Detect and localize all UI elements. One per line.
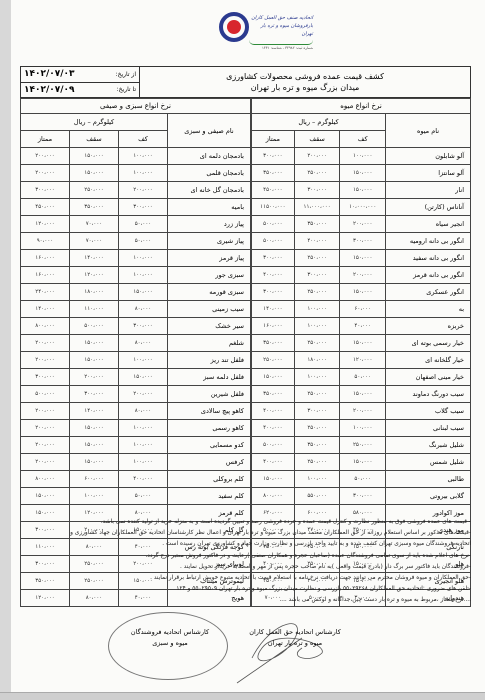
price-max: ۱۰۰،۰۰۰ (294, 301, 340, 318)
price-premium: ۵۰۰،۰۰۰ (252, 233, 295, 250)
price-max: ۱۵۰،۰۰۰ (70, 335, 119, 352)
price-premium: ۱۴۰،۰۰۰ (252, 301, 295, 318)
price-max: ۲۵۰،۰۰۰ (294, 335, 340, 352)
price-min: ۱۰،۰۰۰،۰۰۰ (340, 199, 386, 216)
price-max: ۱۰۰،۰۰۰ (294, 471, 340, 488)
col-premium-header: ممتاز (252, 131, 295, 148)
item-name: انجیر سیاه (386, 216, 471, 233)
item-name: به (386, 301, 471, 318)
price-max: ۷۰،۰۰۰ (70, 216, 119, 233)
price-max: ۲۵۰،۰۰۰ (294, 454, 340, 471)
item-name: کلم بروکلی (168, 471, 251, 488)
table-row: پیاز قرمز۱۰۰،۰۰۰۱۴۰،۰۰۰۱۶۰،۰۰۰ (21, 250, 251, 267)
table-row: سبزی قورمه۱۵۰،۰۰۰۱۸۰،۰۰۰۲۴۰،۰۰۰ (21, 284, 251, 301)
item-name: سیب زمینی (168, 301, 251, 318)
price-premium: ۳۵۰،۰۰۰ (252, 335, 295, 352)
item-name: کلم سفید (168, 488, 251, 505)
table-row: خیار رسمی بوته ای۱۵۰،۰۰۰۲۵۰،۰۰۰۳۵۰،۰۰۰ (252, 335, 471, 352)
from-date-label: از تاریخ: (116, 71, 136, 78)
title-line-1: کشف قیمت عمده فروشی محصولات کشاورزی (226, 71, 384, 82)
to-date-label: تا تاریخ: (117, 86, 136, 93)
item-name: کرفس (168, 454, 251, 471)
item-name: پیاز قرمز (168, 250, 251, 267)
price-max: ۳۰۰،۰۰۰ (294, 182, 340, 199)
price-max: ۱۸۰،۰۰۰ (294, 352, 340, 369)
table-row: انگور عسکری۱۵۰،۰۰۰۲۵۰،۰۰۰۳۰۰،۰۰۰ (252, 284, 471, 301)
veg-section-title: نرخ انواع سبزی و صیفی (21, 99, 251, 114)
price-min: ۸۰،۰۰۰ (119, 403, 168, 420)
price-premium: ۳۰۰،۰۰۰ (21, 369, 70, 386)
price-premium: ۴۰۰،۰۰۰ (252, 267, 295, 284)
item-name: سبزی قورمه (168, 284, 251, 301)
apple-icon (227, 20, 241, 34)
price-min: ۱۰۰،۰۰۰ (119, 267, 168, 284)
table-row: خیار مینی اصفهان۵۰،۰۰۰۱۰۰،۰۰۰۱۵۰،۰۰۰ (252, 369, 471, 386)
price-max: ۱۰۰،۰۰۰ (294, 318, 340, 335)
note-line: -قیمت های مذکور بر اساس استعلام روزانه ا… (28, 528, 471, 539)
price-max: ۲۵۰،۰۰۰ (294, 284, 340, 301)
price-premium: ۱۶۰،۰۰۰ (21, 267, 70, 284)
table-row: کلم بروکلی۴۰۰،۰۰۰۶۰۰،۰۰۰۸۰۰،۰۰۰ (21, 471, 251, 488)
document-title: کشف قیمت عمده فروشی محصولات کشاورزی میدا… (140, 67, 470, 97)
table-row: گلابی بیروتی۳۰۰،۰۰۰۵۵۰،۰۰۰۸۰۰،۰۰۰ (252, 488, 471, 505)
price-min: ۳۰۰،۰۰۰ (119, 199, 168, 216)
item-name: فلفل تند ریز (168, 352, 251, 369)
table-row: فلفل دلمه سبز۱۵۰،۰۰۰۲۰۰،۰۰۰۳۰۰،۰۰۰ (21, 369, 251, 386)
price-premium: ۳۵۰،۰۰۰ (252, 165, 295, 182)
table-row: فلفل تند ریز۱۰۰،۰۰۰۱۵۰،۰۰۰۲۰۰،۰۰۰ (21, 352, 251, 369)
veg-name-header: نام صیفی و سبزی (168, 114, 251, 148)
table-row: کاهو رسمی۱۰۰،۰۰۰۱۵۰،۰۰۰۲۰۰،۰۰۰ (21, 420, 251, 437)
price-min: ۱۵۰،۰۰۰ (340, 335, 386, 352)
price-max: ۱۵۰،۰۰۰ (70, 148, 119, 165)
col-min-header: کف (119, 131, 168, 148)
price-min: ۶۰،۰۰۰ (340, 301, 386, 318)
date-range: ۱۴۰۲/۰۷/۰۳ از تاریخ: ۱۴۰۲/۰۷/۰۹ تا تاریخ… (21, 67, 140, 97)
item-name: شلیل شمس (386, 454, 471, 471)
price-min: ۱۵۰،۰۰۰ (340, 182, 386, 199)
table-row: خیار گلخانه ای۱۲۰،۰۰۰۱۸۰،۰۰۰۲۵۰،۰۰۰ (252, 352, 471, 369)
from-date-row: ۱۴۰۲/۰۷/۰۳ از تاریخ: (21, 67, 139, 82)
item-name: خیار گلخانه ای (386, 352, 471, 369)
price-max: ۳۰۰،۰۰۰ (294, 403, 340, 420)
table-row: شلغم۸۰،۰۰۰۱۵۰،۰۰۰۲۰۰،۰۰۰ (21, 335, 251, 352)
item-name: خیار مینی اصفهان (386, 369, 471, 386)
price-max: ۱۱،۰۰۰،۰۰۰ (294, 199, 340, 216)
item-name: طالبی (386, 471, 471, 488)
price-max: ۱۲۰،۰۰۰ (70, 267, 119, 284)
table-row: آناناس (کارتن)۱۰،۰۰۰،۰۰۰۱۱،۰۰۰،۰۰۰۱۱۵۰۰،… (252, 199, 471, 216)
item-name: آناناس (کارتن) (386, 199, 471, 216)
note-line: -حق العملکاران و میوه فروشان محترم می تو… (28, 573, 471, 584)
price-premium: ۲۰۰،۰۰۰ (21, 148, 70, 165)
document-header: ۱۴۰۲/۰۷/۰۳ از تاریخ: ۱۴۰۲/۰۷/۰۹ تا تاریخ… (20, 66, 471, 98)
price-premium: ۲۴۰،۰۰۰ (21, 284, 70, 301)
table-row: سیب زمینی۸۰،۰۰۰۱۱۰،۰۰۰۱۴۰،۰۰۰ (21, 301, 251, 318)
price-min: ۸۰،۰۰۰ (119, 301, 168, 318)
item-name: کاهو پیچ سالادی (168, 403, 251, 420)
table-row: سیب دورنگ دماوند۱۵۰،۰۰۰۲۵۰،۰۰۰۳۵۰،۰۰۰ (252, 386, 471, 403)
item-name: بادمجان دلمه ای (168, 148, 251, 165)
item-name: سیب گلاب (386, 403, 471, 420)
price-premium: ۱۶۰،۰۰۰ (21, 250, 70, 267)
price-max: ۱۵۰،۰۰۰ (70, 165, 119, 182)
price-premium: ۴۰۰،۰۰۰ (252, 403, 295, 420)
table-row: به۶۰،۰۰۰۱۰۰،۰۰۰۱۴۰،۰۰۰ (252, 301, 471, 318)
item-name: کاهو رسمی (168, 420, 251, 437)
price-premium: ۲۰۰،۰۰۰ (21, 420, 70, 437)
price-max: ۲۵۰،۰۰۰ (70, 182, 119, 199)
table-row: انگور بی دانه سفید۱۵۰،۰۰۰۲۵۰،۰۰۰۳۰۰،۰۰۰ (252, 250, 471, 267)
price-min: ۲۵۰،۰۰۰ (340, 437, 386, 454)
price-min: ۵۰،۰۰۰ (340, 471, 386, 488)
table-row: پیاز شیری۵۰،۰۰۰۷۰،۰۰۰۹۰،۰۰۰ (21, 233, 251, 250)
table-row: فلفل شیرین۲۰۰،۰۰۰۳۰۰،۰۰۰۵۰۰،۰۰۰ (21, 386, 251, 403)
price-min: ۳۰۰،۰۰۰ (119, 318, 168, 335)
price-max: ۱۱۰،۰۰۰ (70, 301, 119, 318)
price-min: ۱۰۰،۰۰۰ (119, 454, 168, 471)
price-premium: ۴۵۰،۰۰۰ (252, 182, 295, 199)
table-row: خربزه۴۰،۰۰۰۱۰۰،۰۰۰۱۶۰،۰۰۰ (252, 318, 471, 335)
price-min: ۴۰۰،۰۰۰ (119, 471, 168, 488)
price-max: ۳۰۰،۰۰۰ (294, 267, 340, 284)
price-premium: ۱۴۰،۰۰۰ (21, 301, 70, 318)
note-line: -نرخ های اعلام شده باید از سوی تمامی فرو… (28, 551, 471, 562)
col-premium-header: ممتاز (21, 131, 70, 148)
table-row: پیاز زرد۵۰،۰۰۰۷۰،۰۰۰۱۲۰،۰۰۰ (21, 216, 251, 233)
price-min: ۵۰،۰۰۰ (119, 216, 168, 233)
bottom-edge (0, 692, 485, 700)
price-max: ۲۰۰،۰۰۰ (70, 369, 119, 386)
price-premium: ۵۰۰،۰۰۰ (252, 216, 295, 233)
table-row: انجیر سیاه۲۰۰،۰۰۰۳۵۰،۰۰۰۵۰۰،۰۰۰ (252, 216, 471, 233)
item-name: فلفل دلمه سبز (168, 369, 251, 386)
price-max: ۳۵۰،۰۰۰ (70, 199, 119, 216)
fruit-unit-header: کیلوگرم – ریال (252, 114, 386, 131)
price-min: ۲۰۰،۰۰۰ (340, 216, 386, 233)
price-min: ۱۰۰،۰۰۰ (340, 420, 386, 437)
price-premium: ۱۵۰،۰۰۰ (21, 488, 70, 505)
price-max: ۳۵۰،۰۰۰ (294, 437, 340, 454)
union-expert-signature: کارشناس اتحادیه حق العمل کاران میوه و تر… (240, 627, 350, 649)
item-name: سیر خشک (168, 318, 251, 335)
table-row: سیر خشک۳۰۰،۰۰۰۵۰۰،۰۰۰۸۰۰،۰۰۰ (21, 318, 251, 335)
note-line: ....نرخ ممتاز ،مربوط به میوه و تره بار د… (28, 595, 471, 606)
price-max: ۱۵۰،۰۰۰ (70, 454, 119, 471)
price-max: ۳۰۰،۰۰۰ (70, 386, 119, 403)
price-max: ۲۵۰،۰۰۰ (294, 250, 340, 267)
table-row: بادمجان دلمه ای۱۰۰،۰۰۰۱۵۰،۰۰۰۲۰۰،۰۰۰ (21, 148, 251, 165)
price-premium: ۳۰۰،۰۰۰ (252, 148, 295, 165)
table-row: شلیل شبرنگ۲۵۰،۰۰۰۳۵۰،۰۰۰۵۰۰،۰۰۰ (252, 437, 471, 454)
price-min: ۸۰،۰۰۰ (119, 335, 168, 352)
item-name: انگور بی دانه قرمز (386, 267, 471, 284)
price-min: ۱۰۰،۰۰۰ (119, 148, 168, 165)
table-row: کلم سفید۵۰،۰۰۰۱۰۰،۰۰۰۱۵۰،۰۰۰ (21, 488, 251, 505)
notes-section: - قیمت های عمده فروشی فوق به منظور نظارت… (28, 517, 471, 607)
table-row: کرفس۱۰۰،۰۰۰۱۵۰،۰۰۰۲۰۰،۰۰۰ (21, 454, 251, 471)
table-row: سبزی جور۱۰۰،۰۰۰۱۲۰،۰۰۰۱۶۰،۰۰۰ (21, 267, 251, 284)
price-min: ۱۰۰،۰۰۰ (119, 420, 168, 437)
price-premium: ۲۰۰،۰۰۰ (21, 403, 70, 420)
price-min: ۱۵۰،۰۰۰ (340, 386, 386, 403)
item-name: خیار رسمی بوته ای (386, 335, 471, 352)
table-row: شلیل شمس۱۵۰،۰۰۰۲۵۰،۰۰۰۴۰۰،۰۰۰ (252, 454, 471, 471)
item-name: سیب دورنگ دماوند (386, 386, 471, 403)
price-premium: ۳۰۰،۰۰۰ (252, 284, 295, 301)
price-premium: ۱۵۰،۰۰۰ (252, 369, 295, 386)
price-max: ۱۵۰،۰۰۰ (70, 352, 119, 369)
col-max-header: سقف (294, 131, 340, 148)
price-max: ۳۵۰،۰۰۰ (294, 216, 340, 233)
price-premium: ۱۱۵۰۰،۰۰۰ (252, 199, 295, 216)
price-max: ۲۵۰،۰۰۰ (294, 420, 340, 437)
item-name: بادمجان قلمی (168, 165, 251, 182)
price-premium: ۲۰۰،۰۰۰ (21, 335, 70, 352)
price-premium: ۹۰،۰۰۰ (21, 233, 70, 250)
price-min: ۱۵۰،۰۰۰ (340, 454, 386, 471)
price-max: ۱۵۰،۰۰۰ (70, 420, 119, 437)
price-min: ۱۵۰،۰۰۰ (119, 369, 168, 386)
price-min: ۳۰۰،۰۰۰ (340, 488, 386, 505)
logo-wave-decoration (249, 40, 313, 45)
note-line: -تلفن های ضروری :اتحادیه حق العملکاران ۵… (28, 584, 471, 595)
item-name: پیاز شیری (168, 233, 251, 250)
price-min: ۵۰،۰۰۰ (340, 369, 386, 386)
price-min: ۱۰۰،۰۰۰ (119, 437, 168, 454)
price-min: ۲۰۰،۰۰۰ (119, 182, 168, 199)
price-premium: ۱۶۰،۰۰۰ (252, 318, 295, 335)
price-premium: ۲۰۰،۰۰۰ (21, 352, 70, 369)
price-min: ۴۰،۰۰۰ (340, 318, 386, 335)
price-premium: ۲۰۰،۰۰۰ (21, 437, 70, 454)
logo-text: اتحادیه صنف حق العمل کاران بارفروشان میو… (251, 14, 313, 38)
price-max: ۱۴۰،۰۰۰ (70, 403, 119, 420)
fruit-name-header: نام میوه (386, 114, 471, 148)
price-premium: ۲۵۰،۰۰۰ (252, 352, 295, 369)
price-max: ۷۰،۰۰۰ (70, 233, 119, 250)
logo-registration: شماره ثبت: ۳۴۹۸۲ - شناسه: ۱۴۳۱ (251, 46, 313, 50)
price-premium: ۸۰۰،۰۰۰ (21, 471, 70, 488)
item-name: بامیه (168, 199, 251, 216)
price-min: ۱۰۰،۰۰۰ (340, 148, 386, 165)
price-min: ۱۰۰،۰۰۰ (119, 165, 168, 182)
price-max: ۱۰۰،۰۰۰ (294, 369, 340, 386)
to-date-row: ۱۴۰۲/۰۷/۰۹ تا تاریخ: (21, 82, 139, 98)
item-name: سیب لبنانی (386, 420, 471, 437)
item-name: آلو شابلون (386, 148, 471, 165)
item-name: شلیل شبرنگ (386, 437, 471, 454)
item-name: انار (386, 182, 471, 199)
price-min: ۲۰۰،۰۰۰ (340, 403, 386, 420)
price-premium: ۴۰۰،۰۰۰ (252, 454, 295, 471)
table-row: بادمجان گل خانه ای۲۰۰،۰۰۰۲۵۰،۰۰۰۳۰۰،۰۰۰ (21, 182, 251, 199)
fruit-section-title: نرخ انواع میوه (252, 99, 471, 114)
note-line: اتحادیه فروشندگان میوه وسبزی تهران کشف ش… (28, 539, 471, 550)
table-row: انار۱۵۰،۰۰۰۳۰۰،۰۰۰۴۵۰،۰۰۰ (252, 182, 471, 199)
price-premium: ۲۰۰،۰۰۰ (21, 454, 70, 471)
price-premium: ۱۲۰،۰۰۰ (21, 216, 70, 233)
price-min: ۱۵۰،۰۰۰ (340, 165, 386, 182)
price-max: ۲۵۰،۰۰۰ (294, 386, 340, 403)
price-min: ۱۲۰،۰۰۰ (340, 352, 386, 369)
item-name: فلفل شیرین (168, 386, 251, 403)
price-premium: ۴۰۰،۰۰۰ (252, 420, 295, 437)
table-row: بامیه۳۰۰،۰۰۰۳۵۰،۰۰۰۴۵۰،۰۰۰ (21, 199, 251, 216)
sellers-expert-signature: کارشناس اتحادیه فروشندگان میوه و سبزی (120, 627, 220, 649)
price-premium: ۵۰۰،۰۰۰ (21, 386, 70, 403)
price-premium: ۵۰۰،۰۰۰ (252, 437, 295, 454)
price-max: ۲۵۰،۰۰۰ (294, 165, 340, 182)
item-name: گلابی بیروتی (386, 488, 471, 505)
price-premium: ۳۰۰،۰۰۰ (252, 250, 295, 267)
col-min-header: کف (340, 131, 386, 148)
table-row: طالبی۵۰،۰۰۰۱۰۰،۰۰۰۱۵۰،۰۰۰ (252, 471, 471, 488)
item-name: بادمجان گل خانه ای (168, 182, 251, 199)
table-row: سیب لبنانی۱۰۰،۰۰۰۲۵۰،۰۰۰۴۰۰،۰۰۰ (252, 420, 471, 437)
price-max: ۱۰۰،۰۰۰ (70, 488, 119, 505)
title-line-2: میدان بزرگ میوه و تره بار تهران (251, 82, 360, 93)
table-row: سیب گلاب۲۰۰،۰۰۰۳۰۰،۰۰۰۴۰۰،۰۰۰ (252, 403, 471, 420)
price-max: ۵۵۰،۰۰۰ (294, 488, 340, 505)
price-max: ۶۰۰،۰۰۰ (70, 471, 119, 488)
item-name: شلغم (168, 335, 251, 352)
price-premium: ۸۰۰،۰۰۰ (252, 488, 295, 505)
price-min: ۵۰،۰۰۰ (119, 233, 168, 250)
note-line: - قیمت های عمده فروشی فوق به منظور نظارت… (28, 517, 471, 528)
price-min: ۳۰۰،۰۰۰ (340, 233, 386, 250)
price-premium: ۳۵۰،۰۰۰ (252, 386, 295, 403)
price-min: ۱۵۰،۰۰۰ (340, 250, 386, 267)
table-row: بادمجان قلمی۱۰۰،۰۰۰۱۵۰،۰۰۰۲۰۰،۰۰۰ (21, 165, 251, 182)
price-max: ۲۰۰،۰۰۰ (294, 148, 340, 165)
price-max: ۱۴۰،۰۰۰ (70, 250, 119, 267)
table-row: کدو مسمایی۱۰۰،۰۰۰۱۵۰،۰۰۰۲۰۰،۰۰۰ (21, 437, 251, 454)
item-name: انگور بی دانه سفید (386, 250, 471, 267)
price-premium: ۱۵۰،۰۰۰ (252, 471, 295, 488)
table-row: انگور بی دانه ارومیه۳۰۰،۰۰۰۴۰۰،۰۰۰۵۰۰،۰۰… (252, 233, 471, 250)
note-line: -فروشندگان باید فاکتور سر برگ دار (بادرج… (28, 562, 471, 573)
item-name: انگور بی دانه ارومیه (386, 233, 471, 250)
item-name: سبزی جور (168, 267, 251, 284)
table-row: کاهو پیچ سالادی۸۰،۰۰۰۱۴۰،۰۰۰۲۰۰،۰۰۰ (21, 403, 251, 420)
price-min: ۱۵۰،۰۰۰ (340, 284, 386, 301)
price-min: ۱۵۰،۰۰۰ (119, 284, 168, 301)
union-logo: اتحادیه صنف حق العمل کاران بارفروشان میو… (219, 12, 315, 56)
to-date: ۱۴۰۲/۰۷/۰۹ (24, 85, 75, 95)
price-premium: ۳۰۰،۰۰۰ (21, 182, 70, 199)
price-min: ۲۰۰،۰۰۰ (119, 386, 168, 403)
price-max: ۱۸۰،۰۰۰ (70, 284, 119, 301)
item-name: انگور عسکری (386, 284, 471, 301)
price-min: ۵۰،۰۰۰ (119, 488, 168, 505)
veg-unit-header: کیلوگرم – ریال (21, 114, 168, 131)
price-premium: ۸۰۰،۰۰۰ (21, 318, 70, 335)
price-max: ۴۰۰،۰۰۰ (294, 233, 340, 250)
item-name: آلو سانتزا (386, 165, 471, 182)
item-name: خربزه (386, 318, 471, 335)
price-min: ۱۰۰،۰۰۰ (119, 250, 168, 267)
price-premium: ۴۵۰،۰۰۰ (21, 199, 70, 216)
price-min: ۲۰۰،۰۰۰ (340, 267, 386, 284)
price-max: ۵۰۰،۰۰۰ (70, 318, 119, 335)
price-max: ۱۵۰،۰۰۰ (70, 437, 119, 454)
table-row: انگور بی دانه قرمز۲۰۰،۰۰۰۳۰۰،۰۰۰۴۰۰،۰۰۰ (252, 267, 471, 284)
from-date: ۱۴۰۲/۰۷/۰۳ (24, 69, 75, 79)
price-min: ۱۰۰،۰۰۰ (119, 352, 168, 369)
price-premium: ۲۰۰،۰۰۰ (21, 165, 70, 182)
table-row: آلو شابلون۱۰۰،۰۰۰۲۰۰،۰۰۰۳۰۰،۰۰۰ (252, 148, 471, 165)
col-max-header: سقف (70, 131, 119, 148)
item-name: کدو مسمایی (168, 437, 251, 454)
table-row: آلو سانتزا۱۵۰،۰۰۰۲۵۰،۰۰۰۳۵۰،۰۰۰ (252, 165, 471, 182)
item-name: پیاز زرد (168, 216, 251, 233)
